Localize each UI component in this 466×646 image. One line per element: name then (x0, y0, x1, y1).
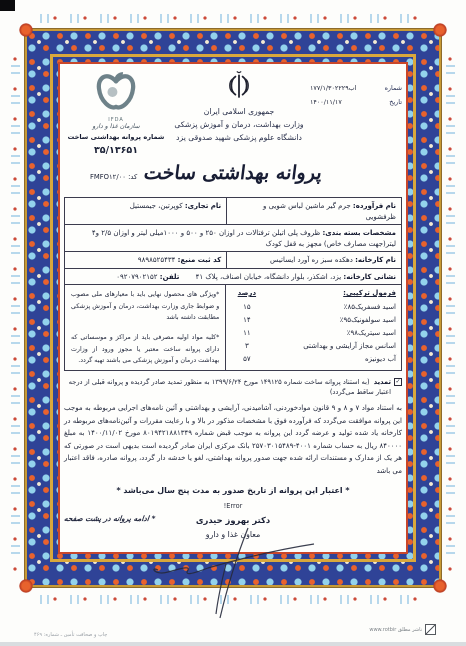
table-row-packaging: مشخصات بسته بندی: ظروف پلی اتیلن ترفتالا… (65, 224, 401, 251)
license-number-label: شماره پروانه بهداشتی ساخت (64, 133, 168, 143)
document-code: کد: FMFO۱۲/۰۰ (90, 172, 137, 182)
legal-paragraph: به استناد مواد ۷ و ۸ و ۹ قانون موادخوردن… (64, 402, 402, 477)
signature-block: !Error دکتر بهروز حیدری معاون غذا و دارو (138, 502, 328, 541)
renewal-checkbox: ✓ (394, 378, 402, 386)
table-row-formula: فرمول ترکیبی: اسید فسفریک۸۵٪اسید سولفونی… (65, 284, 401, 370)
formula-percent: ۵۷ (228, 353, 265, 366)
validity-statement: * اعتبار این پروانه از تاریخ صدور به مدت… (64, 485, 402, 497)
number-label: شماره (385, 84, 402, 94)
border-fringe-left (11, 44, 20, 572)
formula-ingredient: اسید فسفریک۸۵٪ (272, 301, 396, 314)
brand-name-cell: نام تجاری: کوپرتین، جیمستیل (65, 198, 226, 224)
code-value: FMFO۱۲/۰۰ (90, 173, 126, 181)
signatory-role: معاون غذا و دارو (138, 529, 328, 541)
table-row-address: نشانی کارخانه: یزد، اشکذر، بلوار دانشگاه… (65, 268, 401, 285)
brand-name-value: کوپرتین، جیمستیل (130, 202, 183, 210)
formula-label: فرمول ترکیبی: (272, 288, 396, 299)
document-header: شماره ۱۷۷/۱/۳۰۲۲۲۹اب تاریخ ۱۴۰۰/۱۱/۱۷ (64, 70, 402, 158)
border-fringe-bottom (40, 595, 426, 604)
org-line-university: دانشگاه علوم پزشکی شهید صدوقی یزد (168, 131, 310, 144)
date-value: ۱۴۰۰/۱۱/۱۷ (310, 98, 342, 108)
factory-name-value: دهکده سبز ره آورد ایساتیس (270, 256, 353, 264)
formula-note-2: *کلیه مواد اولیه مصرفی باید از مراکز و م… (71, 332, 219, 366)
packaging-label: مشخصات بسته بندی: (322, 229, 396, 237)
signatory-name: دکتر بهروز حیدری (138, 514, 328, 527)
product-name-label: نام فرآورده: (353, 202, 396, 210)
publisher-logo-icon (425, 624, 436, 635)
percent-header: درصد (228, 288, 265, 299)
ifda-apple-logo-icon (93, 108, 139, 116)
org-line-ministry: وزارت بهداشت، درمان و آموزش پزشکی (168, 118, 310, 131)
formula-ingredients-column: فرمول ترکیبی: اسید فسفریک۸۵٪اسید سولفونی… (267, 285, 401, 370)
corner-flower-icon (18, 578, 34, 594)
document-content: شماره ۱۷۷/۱/۳۰۲۲۲۹اب تاریخ ۱۴۰۰/۱۱/۱۷ (64, 68, 402, 548)
registration-code-cell: کد ثبت منبع: ۹۸۹۸۵۲۵۴۳۴ (65, 252, 226, 268)
brand-name-label: نام تجاری: (185, 202, 221, 210)
phone-value: ۰۹۲۰۷۹۰۲۱۵۲ (116, 273, 157, 281)
ifda-block: IFDA سازمان غذا و دارو شماره پروانه بهدا… (64, 70, 168, 158)
license-document-page: شماره ۱۷۷/۱/۳۰۲۲۲۹اب تاریخ ۱۴۰۰/۱۱/۱۷ (0, 0, 466, 646)
table-row-product: نام فرآورده: جرم گیر ماشین لباس شویی و ظ… (65, 198, 401, 224)
corner-flower-icon (18, 22, 34, 38)
publisher-footer-text: ناشر مطلق www.rotbir (369, 627, 422, 633)
corner-flower-icon (432, 578, 448, 594)
ornamental-frame: شماره ۱۷۷/۱/۳۰۲۲۲۹اب تاریخ ۱۴۰۰/۱۱/۱۷ (24, 28, 442, 588)
renewal-line: ✓ تمدید (به استناد پروانه ساخت شماره ۱۴۹… (64, 377, 402, 397)
product-name-cell: نام فرآورده: جرم گیر ماشین لباس شویی و ظ… (226, 198, 401, 224)
formula-ingredient: اسید سولفونیک۹۵٪ (272, 314, 396, 327)
table-row-factory: نام کارخانه: دهکده سبز ره آورد ایساتیس ک… (65, 251, 401, 268)
formula-ingredient: اسید سیتریک۹۸٪ (272, 327, 396, 340)
formula-notes-column: *ویژگی های محصول نهایی باید با معیارهای … (65, 285, 225, 370)
formula-ingredient-list: اسید فسفریک۸۵٪اسید سولفونیک۹۵٪اسید سیتری… (272, 301, 396, 366)
formula-percent: ۳ (228, 340, 265, 353)
document-title: پروانه بهداشتی ساخت (142, 159, 323, 188)
formula-ingredient: آب دیونیزه (272, 353, 396, 366)
address-cell: نشانی کارخانه: یزد، اشکذر، بلوار دانشگاه… (65, 269, 401, 285)
reference-block: شماره ۱۷۷/۱/۳۰۲۲۲۹اب تاریخ ۱۴۰۰/۱۱/۱۷ (310, 70, 402, 111)
code-label: کد: (128, 173, 137, 181)
print-shop-footer: چاپ و صحافت تأمین ـ شماره: ۴۶۹ (34, 632, 107, 638)
formula-percent-column: درصد ۱۵۱۴۱۱۳۵۷ (225, 285, 267, 370)
renewal-text: (به استناد پروانه ساخت شماره ۱۴۹۱۲۵ مورخ… (69, 378, 391, 396)
error-artifact-text: !Error (138, 502, 328, 512)
number-row: شماره ۱۷۷/۱/۳۰۲۲۲۹اب (310, 84, 402, 94)
scan-edge-artifact (0, 642, 466, 646)
license-number-value: ۳۵/۱۳۶۵۱ (64, 144, 168, 158)
formula-note-1: *ویژگی های محصول نهایی باید با معیارهای … (71, 289, 219, 323)
fields-table: نام فرآورده: جرم گیر ماشین لباس شویی و ظ… (64, 197, 402, 371)
border-fringe-right (446, 44, 455, 572)
formula-percent: ۱۱ (228, 327, 265, 340)
formula-percent: ۱۵ (228, 301, 265, 314)
phone-label: تلفن: (160, 273, 180, 281)
address-value: یزد، اشکذر، بلوار دانشگاه، خیابان اصناف،… (196, 273, 342, 281)
formula-ingredient: اسانس مجاز آرایشی و بهداشتی (272, 340, 396, 353)
registration-code-value: ۹۸۹۸۵۲۵۴۳۴ (138, 256, 176, 264)
border-fringe-top (40, 14, 426, 23)
formula-percent-list: ۱۵۱۴۱۱۳۵۷ (228, 301, 265, 366)
factory-name-cell: نام کارخانه: دهکده سبز ره آورد ایساتیس (226, 252, 401, 268)
org-line-country: جمهوری اسلامی ایران (168, 105, 310, 118)
date-row: تاریخ ۱۴۰۰/۱۱/۱۷ (310, 98, 402, 108)
renewal-label: تمدید (374, 378, 391, 386)
ifda-org-name: سازمان غذا و دارو (64, 123, 168, 131)
corner-flower-icon (432, 22, 448, 38)
factory-name-label: نام کارخانه: (355, 256, 396, 264)
scan-corner-artifact (0, 0, 15, 11)
address-label: نشانی کارخانه: (343, 273, 396, 281)
issuing-authority-block: جمهوری اسلامی ایران وزارت بهداشت، درمان … (168, 70, 310, 144)
publisher-footer: ناشر مطلق www.rotbir (369, 624, 436, 635)
date-label: تاریخ (389, 98, 402, 108)
continue-on-back-note: * ادامه پروانه در پشت صفحه (63, 513, 156, 524)
title-row: پروانه بهداشتی ساخت کد: FMFO۱۲/۰۰ (64, 159, 402, 189)
registration-code-label: کد ثبت منبع: (178, 256, 222, 264)
number-value: ۱۷۷/۱/۳۰۲۲۲۹اب (310, 84, 356, 94)
packaging-cell: مشخصات بسته بندی: ظروف پلی اتیلن ترفتالا… (65, 225, 401, 251)
formula-percent: ۱۴ (228, 314, 265, 327)
iran-emblem-icon (227, 70, 251, 104)
